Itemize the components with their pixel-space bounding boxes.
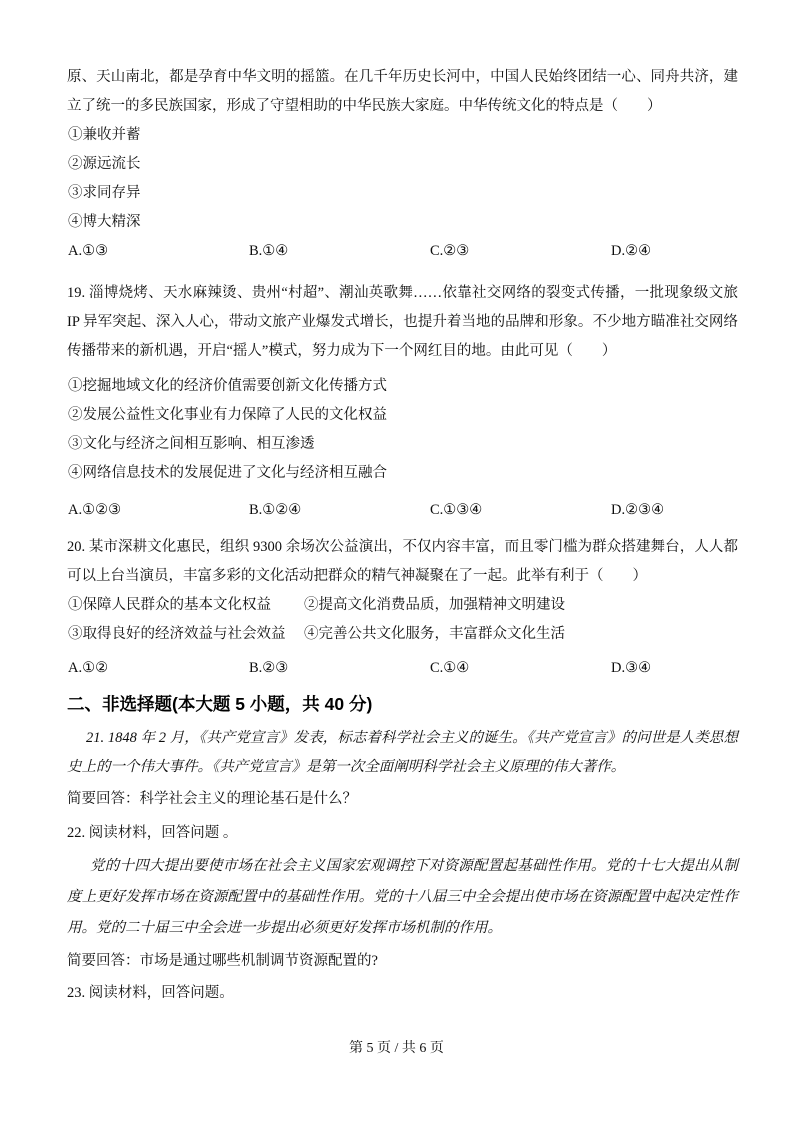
question-19-choices: A.①②③ B.①②④ C.①③④ D.②③④: [67, 496, 738, 525]
question-20-option-3: ③取得良好的经济效益与社会效益: [68, 620, 304, 649]
question-19-option-2: ②发展公益性文化事业有力保障了人民的文化权益: [67, 401, 738, 430]
question-20-choices: A.①② B.②③ C.①④ D.③④: [67, 654, 738, 683]
question-20-choice-a: A.①②: [68, 654, 249, 683]
question-23-intro: 23. 阅读材料，回答问题。: [67, 979, 738, 1008]
question-19-option-4: ④网络信息技术的发展促进了文化与经济相互融合: [67, 459, 738, 488]
question-18-choice-c: C.②③: [430, 237, 611, 266]
question-19-choice-d: D.②③④: [611, 496, 738, 525]
question-18-choices: A.①③ B.①④ C.②③ D.②④: [67, 237, 738, 266]
question-20-options-row-1: ①保障人民群众的基本文化权益 ②提高文化消费品质，加强精神文明建设: [67, 591, 738, 620]
question-18-stem: 原、天山南北，都是孕育中华文明的摇篮。在几千年历史长河中，中国人民始终团结一心、…: [67, 63, 738, 121]
question-22-intro: 22. 阅读材料，回答问题 。: [67, 819, 738, 848]
question-19-choice-b: B.①②④: [249, 496, 430, 525]
question-19-choice-a: A.①②③: [68, 496, 249, 525]
exam-page: 原、天山南北，都是孕育中华文明的摇篮。在几千年历史长河中，中国人民始终团结一心、…: [0, 0, 793, 1008]
question-18-choice-d: D.②④: [611, 237, 738, 266]
question-18-option-2: ②源远流长: [67, 150, 738, 179]
question-18-choice-b: B.①④: [249, 237, 430, 266]
question-20-options-row-2: ③取得良好的经济效益与社会效益 ④完善公共文化服务，丰富群众文化生活: [67, 620, 738, 649]
question-18-option-3: ③求同存异: [67, 179, 738, 208]
question-21-prompt: 简要回答：科学社会主义的理论基石是什么？: [67, 785, 738, 814]
question-19-option-1: ①挖掘地域文化的经济价值需要创新文化传播方式: [67, 372, 738, 401]
question-18-option-4: ④博大精深: [67, 208, 738, 237]
question-20-choice-d: D.③④: [611, 654, 738, 683]
question-18-choice-a: A.①③: [68, 237, 249, 266]
question-21-material: 21. 1848 年 2 月，《共产党宣言》发表，标志着科学社会主义的诞生。《共…: [67, 724, 738, 782]
question-22-prompt: 简要回答：市场是通过哪些机制调节资源配置的?: [67, 947, 738, 976]
question-20-option-2: ②提高文化消费品质，加强精神文明建设: [304, 591, 738, 620]
question-20-choice-b: B.②③: [249, 654, 430, 683]
question-20-stem: 20. 某市深耕文化惠民，组织 9300 余场次公益演出，不仅内容丰富，而且零门…: [67, 533, 738, 591]
question-19-choice-c: C.①③④: [430, 496, 611, 525]
section-2-heading: 二、非选择题(本大题 5 小题，共 40 分): [67, 690, 738, 719]
question-20-option-4: ④完善公共文化服务，丰富群众文化生活: [304, 620, 738, 649]
question-22-material: 党的十四大提出要使市场在社会主义国家宏观调控下对资源配置起基础性作用。党的十七大…: [67, 851, 738, 944]
question-18-option-1: ①兼收并蓄: [67, 121, 738, 150]
question-19-option-3: ③文化与经济之间相互影响、相互渗透: [67, 430, 738, 459]
page-footer: 第 5 页 / 共 6 页: [0, 1038, 793, 1060]
question-19-stem: 19. 淄博烧烤、天水麻辣烫、贵州“村超”、潮汕英歌舞……依靠社交网络的裂变式传…: [67, 279, 738, 366]
page-number-text: 第 5 页 / 共 6 页: [349, 1041, 444, 1056]
question-20-choice-c: C.①④: [430, 654, 611, 683]
question-20-option-1: ①保障人民群众的基本文化权益: [68, 591, 304, 620]
